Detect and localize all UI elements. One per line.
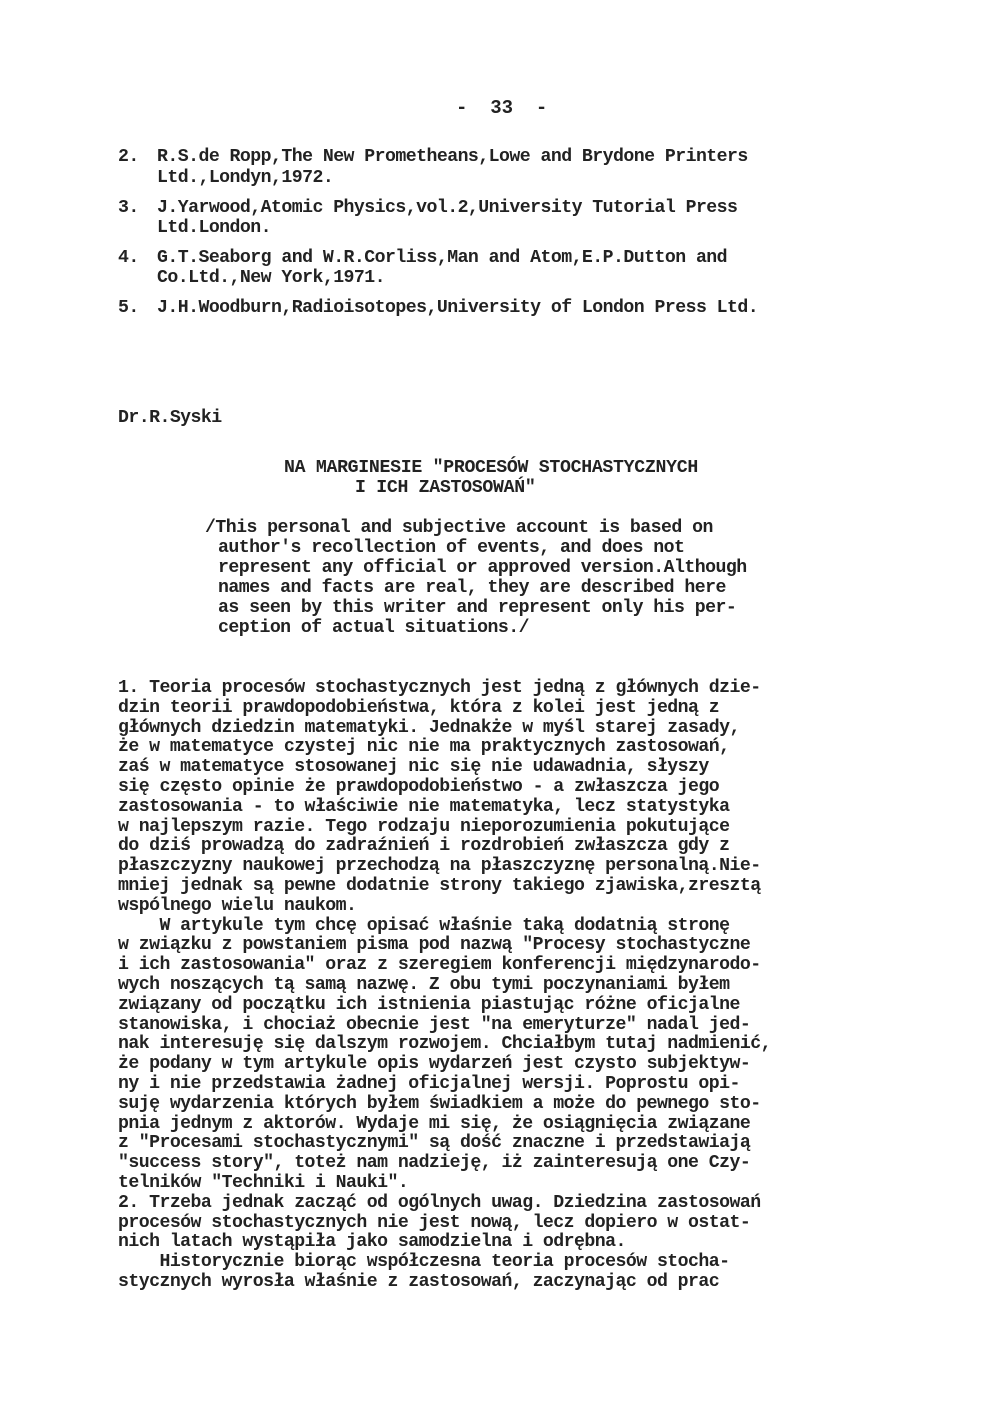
- body-line: zastosowania - to właściwie nie matematy…: [118, 797, 730, 817]
- reference-text: Ltd.,Londyn,1972.: [157, 168, 333, 188]
- body-line: mniej jednak są pewne dodatnie strony ta…: [118, 876, 761, 896]
- body-line: pnia jednym z aktorów. Wydaje mi się, że…: [118, 1114, 750, 1134]
- body-line: ny i nie przedstawia żadnej oficjalnej w…: [118, 1074, 740, 1094]
- abstract-line: represent any official or approved versi…: [218, 558, 747, 578]
- body-line: 1. Teoria procesów stochastycznych jest …: [118, 678, 761, 698]
- reference-number: 3.: [118, 198, 139, 218]
- body-line: Historycznie biorąc współczesna teoria p…: [118, 1252, 730, 1272]
- body-line: że podany w tym artykule opis wydarzeń j…: [118, 1054, 750, 1074]
- abstract-line: author's recollection of events, and doe…: [218, 538, 684, 558]
- body-line: że w matematyce czystej nic nie ma prakt…: [118, 737, 730, 757]
- abstract-line: /This personal and subjective account is…: [205, 518, 713, 538]
- author-name: Dr.R.Syski: [118, 408, 222, 428]
- body-line: w najlepszym razie. Tego rodzaju nieporo…: [118, 817, 730, 837]
- body-line: nak interesuję się dalszym rozwojem. Chc…: [118, 1034, 771, 1054]
- body-line: w związku z powstaniem pisma pod nazwą "…: [118, 935, 750, 955]
- body-line: związany od początku ich istnienia piast…: [118, 995, 740, 1015]
- reference-number: 4.: [118, 248, 139, 268]
- body-line: 2. Trzeba jednak zacząć od ogólnych uwag…: [118, 1193, 761, 1213]
- body-line: płaszczyzny naukowej przechodzą na płasz…: [118, 856, 761, 876]
- reference-number: 5.: [118, 298, 139, 318]
- body-line: wspólnego wielu naukom.: [118, 896, 356, 916]
- body-line: i ich zastosowania" oraz z szeregiem kon…: [118, 955, 761, 975]
- body-line: głównych dziedzin matematyki. Jednakże w…: [118, 718, 740, 738]
- body-line: dzin teorii prawdopodobieństwa, która z …: [118, 698, 719, 718]
- reference-text: G.T.Seaborg and W.R.Corliss,Man and Atom…: [157, 248, 727, 268]
- reference-number: 2.: [118, 147, 139, 167]
- reference-text: Co.Ltd.,New York,1971.: [157, 268, 385, 288]
- body-line: nich latach wystąpiła jako samodzielna i…: [118, 1232, 626, 1252]
- page-number: - 33 -: [456, 97, 547, 119]
- body-line: "success story", toteż nam nadzieję, iż …: [118, 1153, 750, 1173]
- body-line: stanowiska, i chociaż obecnie jest "na e…: [118, 1015, 750, 1035]
- title-line: I ICH ZASTOSOWAŃ": [355, 478, 535, 498]
- reference-text: R.S.de Ropp,The New Prometheans,Lowe and…: [157, 147, 748, 167]
- title-line: NA MARGINESIE "PROCESÓW STOCHASTYCZNYCH: [284, 458, 698, 478]
- body-line: telników "Techniki i Nauki".: [118, 1173, 408, 1193]
- body-line: stycznych wyrosła właśnie z zastosowań, …: [118, 1272, 719, 1292]
- reference-text: Ltd.London.: [157, 218, 271, 238]
- abstract-line: ception of actual situations./: [218, 618, 529, 638]
- document-page: - 33 - 2. R.S.de Ropp,The New Promethean…: [0, 0, 1000, 1420]
- body-line: do dziś prowadzą do zadraźnień i rozdrob…: [118, 836, 730, 856]
- reference-text: J.H.Woodburn,Radioisotopes,University of…: [157, 298, 758, 318]
- reference-text: J.Yarwood,Atomic Physics,vol.2,Universit…: [157, 198, 737, 218]
- body-line: z "Procesami stochastycznymi" są dość zn…: [118, 1133, 750, 1153]
- abstract-line: names and facts are real, they are descr…: [218, 578, 726, 598]
- body-line: procesów stochastycznych nie jest nową, …: [118, 1213, 750, 1233]
- body-line: zaś w matematyce stosowanej nic się nie …: [118, 757, 709, 777]
- abstract-line: as seen by this writer and represent onl…: [218, 598, 736, 618]
- body-line: wych noszących tą samą nazwę. Z obu tymi…: [118, 975, 730, 995]
- body-line: W artykule tym chcę opisać właśnie taką …: [118, 916, 730, 936]
- body-line: się często opinie że prawdopodobieństwo …: [118, 777, 719, 797]
- body-line: suję wydarzenia których byłem świadkiem …: [118, 1094, 761, 1114]
